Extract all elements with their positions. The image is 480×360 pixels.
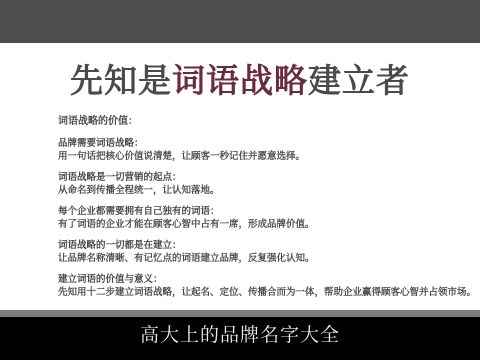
section: 每个企业都需要拥有自己独有的词语： 有了词语的企业才能在顾客心智中占有一席，形成… xyxy=(58,205,438,232)
caption-bar: 高大上的品牌名字大全 xyxy=(0,317,480,360)
caption-text: 高大上的品牌名字大全 xyxy=(0,322,480,348)
title-accent: 词语战略 xyxy=(172,61,308,100)
section: 建立词语的价值与意义： 先知用十二步建立词语战略，让起名、定位、传播合而为一体，… xyxy=(58,273,438,300)
section-text: 让品牌名称清晰、有记忆点的词语建立品牌，反复强化认知。 xyxy=(58,252,438,266)
slide-title: 先知是词语战略建立者 xyxy=(0,63,480,99)
section-text: 先知用十二步建立词语战略，让起名、定位、传播合而为一体，帮助企业赢得顾客心智并占… xyxy=(58,286,438,300)
section: 词语战略的一切都是在建立： 让品牌名称清晰、有记忆点的词语建立品牌，反复强化认知… xyxy=(58,239,438,266)
section-title: 词语战略是一切营销的起点： xyxy=(58,171,438,184)
section: 词语战略是一切营销的起点： 从命名到传播全程统一，让认知落地。 xyxy=(58,171,438,198)
section-title: 品牌需要词语战略： xyxy=(58,137,438,150)
title-part-1: 先知是 xyxy=(70,61,172,100)
section-text: 用一句话把核心价值说清楚，让顾客一秒记住并愿意选择。 xyxy=(58,150,438,164)
slide-image: 先知是词语战略建立者 词语战略的价值： 品牌需要词语战略： 用一句话把核心价值说… xyxy=(0,43,480,310)
section: 品牌需要词语战略： 用一句话把核心价值说清楚，让顾客一秒记住并愿意选择。 xyxy=(58,137,438,164)
divider-strip xyxy=(0,310,480,317)
section-text: 从命名到传播全程统一，让认知落地。 xyxy=(58,184,438,198)
section-text: 有了词语的企业才能在顾客心智中占有一席，形成品牌价值。 xyxy=(58,218,438,232)
section-title: 建立词语的价值与意义： xyxy=(58,273,438,286)
section-heading: 词语战略的价值： xyxy=(58,115,438,129)
slide-body: 词语战略的价值： 品牌需要词语战略： 用一句话把核心价值说清楚，让顾客一秒记住并… xyxy=(58,115,438,307)
section-title: 每个企业都需要拥有自己独有的词语： xyxy=(58,205,438,218)
top-band xyxy=(0,0,480,43)
title-part-3: 建立者 xyxy=(308,61,410,100)
section-title: 词语战略的一切都是在建立： xyxy=(58,239,438,252)
